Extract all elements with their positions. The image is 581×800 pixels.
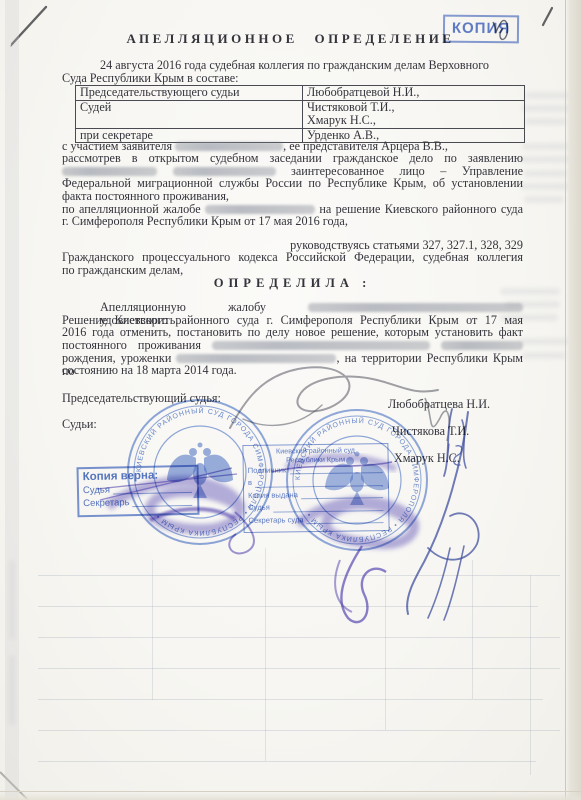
court-note-header2: Республики Крым [248,455,384,465]
seal-left [128,400,272,544]
bleed-smudge [524,170,568,177]
table-row: Судей Чистяковой Т.И., Хмарук Н.С., [76,100,525,128]
bleed-line [38,761,536,762]
judge2-name: Чистякова Т.И. [392,425,469,438]
blank-line [273,501,384,513]
purple-signature-left [97,468,254,553]
court-note-header1: Киевский районный суд [247,446,383,456]
presiding-judge-name: Любобратцева Н.И. [388,398,490,411]
bleed-smudge [525,118,567,125]
scan-edge-bottom [0,791,581,800]
table-row: Председательствующего судьи Любобратцево… [76,86,525,101]
bleed-smudge [520,338,570,345]
bleed-line [530,575,531,775]
redaction-blur [205,205,315,214]
court-note-row: Подлинник [248,463,384,477]
bleed-line [38,575,560,576]
redaction-blur [62,167,157,176]
bleed-line [38,637,560,638]
bleed-line [38,699,543,700]
court-note-row: в [248,475,384,489]
blank-line [289,463,383,474]
bleed-line [38,668,560,669]
copy-true-secretary-row: Секретарь [83,495,193,510]
body-line: г. Симферополя Республики Крым от 17 мая… [62,215,348,228]
court-note-row: Копия выдана [248,488,384,502]
seal-right-eagle-icon [325,452,389,506]
copy-true-stamp: Копия верна: Судья Секретарь [76,465,199,518]
copy-true-judge-row: Судья [83,482,193,497]
seal-left-eagle-icon [167,443,233,499]
text-segment: постоянного проживания [62,338,201,352]
redaction-blur [212,341,430,350]
handwritten-page-mark [543,8,552,25]
bleed-smudge [522,352,566,359]
blank-line [306,513,383,524]
panel-row1-label: Председательствующего судьи [76,86,303,101]
judges-label: Судьи: [62,418,97,431]
presiding-judge-label: Председательствующий судья: [62,392,221,405]
judge-name: Хмарук Н.С., [307,114,520,128]
bleed-line [38,606,538,607]
text-segment: Судья [83,484,110,498]
bleed-line [385,575,386,730]
judge-name: Чистяковой Т.И., [307,101,520,115]
purple-signature-middle [272,457,416,622]
panel-row2-label: Судей [76,100,303,128]
body-line: по гражданским делам, [62,264,183,277]
bleed-smudge [520,183,570,190]
scanned-court-document: АПЕЛЛЯЦИОННОЕ ОПРЕДЕЛЕНИЕ 24 августа 201… [0,0,581,800]
text-segment: Апелляционную жалобу [100,300,266,314]
scan-edge-right [565,0,581,800]
resolution-heading: ОПРЕДЕЛИЛА : [62,277,523,290]
redaction-blur [176,354,336,363]
judicial-panel-table: Председательствующего судьи Любобратцево… [75,85,525,143]
panel-row1-value: Любобратцевой Н.И., [303,86,525,101]
redaction-blur [173,167,276,176]
ruling-line: состоянию на 18 марта 2014 года. [62,364,237,377]
court-note-stamp: Киевский районный суд Республики Крым По… [242,443,389,533]
blank-line [255,476,383,488]
intro-line-2: Суда Республики Крым в составе: [62,72,239,85]
court-note-row: Секретарь суда [248,513,384,527]
court-note-row: Судья [248,500,384,514]
text-segment: Подлинник [248,464,287,477]
blank-line [301,488,383,499]
text-segment: Секретарь суда [248,514,303,527]
bleed-line [265,548,266,761]
blue-pen-marks [407,409,479,620]
redaction-blur [308,303,523,312]
redaction-blur [441,341,523,350]
text-segment: Судья [248,502,270,515]
scan-edge-left [5,0,19,800]
bleed-smudge [524,196,564,203]
svg-text:КИЕВСКИЙ РАЙОННЫЙ СУД ГОРОДА С: КИЕВСКИЙ РАЙОННЫЙ СУД ГОРОДА СИМФЕРОПОЛЯ… [136,406,264,536]
text-segment: в [248,477,252,489]
bleed-line [152,560,153,700]
bleed-line [472,560,473,699]
text-segment: на решение Киевского районного суда [319,202,523,216]
panel-row2-value: Чистяковой Т.И., Хмарук Н.С., [303,100,525,128]
redaction-blur [175,142,283,151]
text-segment: Копия выдана [248,489,298,502]
judge3-name: Хмарук Н.С. [394,452,460,465]
blank-line [113,482,192,495]
page-title: АПЕЛЛЯЦИОННОЕ ОПРЕДЕЛЕНИЕ [0,32,581,45]
bleed-line [38,730,560,731]
copy-true-title: Копия верна: [83,468,193,484]
bleed-smudge [522,143,570,150]
blank-line [132,495,192,507]
seal-ring-text: КИЕВСКИЙ РАЙОННЫЙ СУД ГОРОДА СИМФЕРОПОЛЯ… [136,406,264,536]
text-segment: Секретарь [83,496,130,510]
